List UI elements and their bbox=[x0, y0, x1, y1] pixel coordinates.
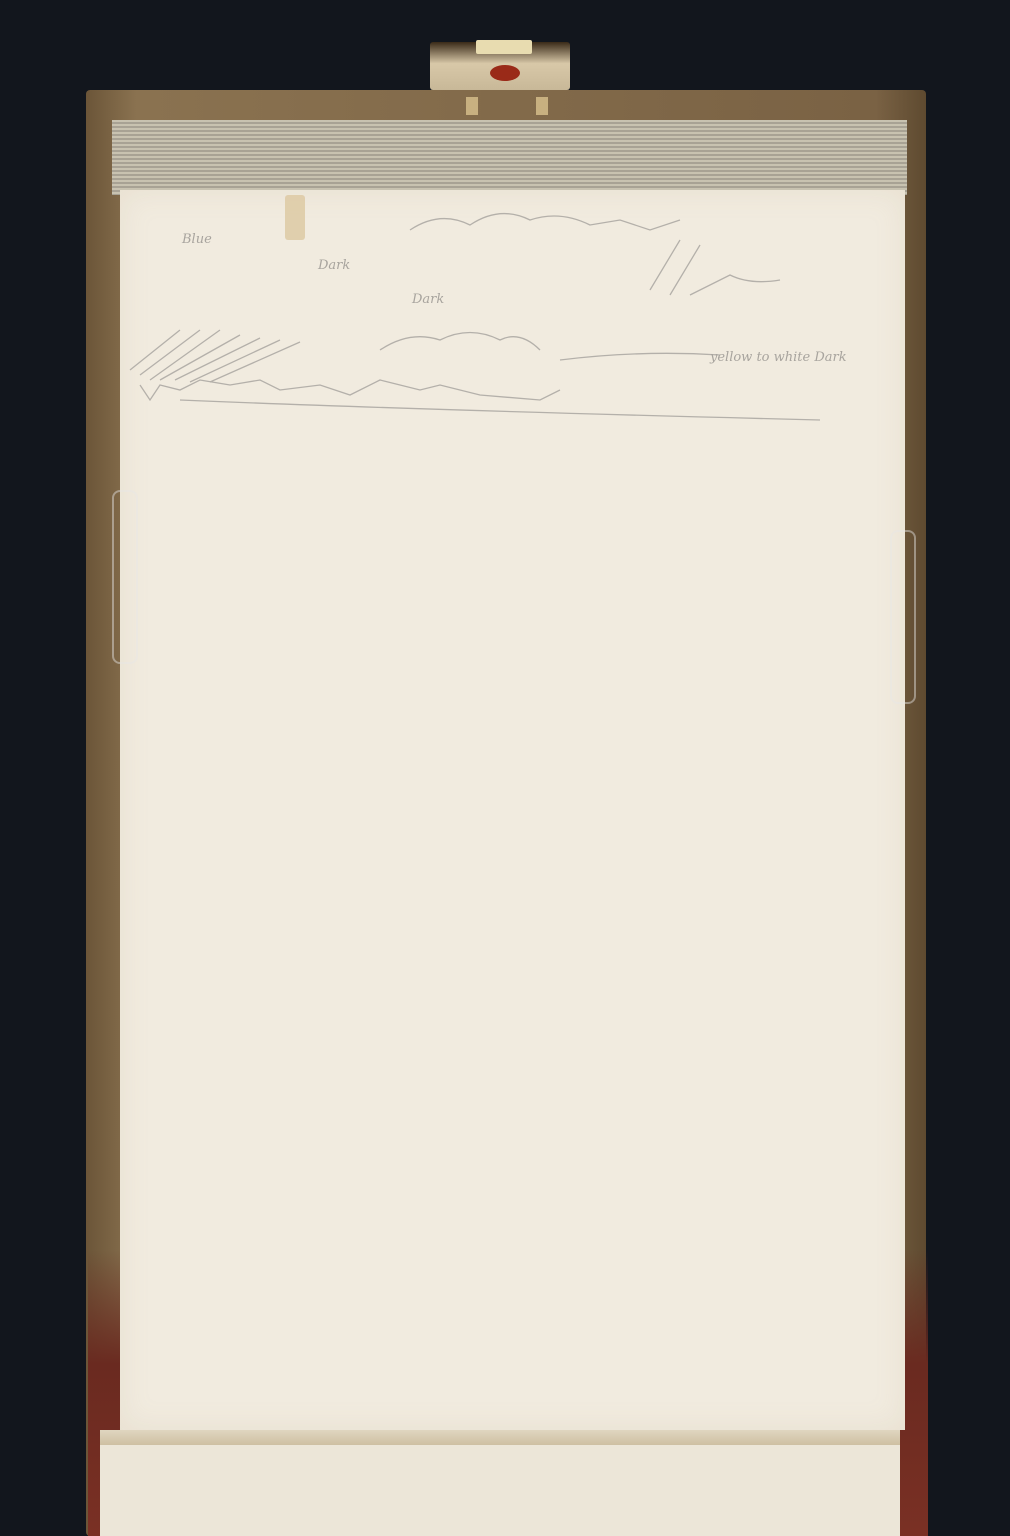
clasp-tab-right bbox=[536, 97, 548, 115]
facing-page bbox=[100, 1445, 900, 1536]
clasp-tab-left bbox=[466, 97, 478, 115]
page-edges bbox=[112, 120, 907, 195]
annotation-dark-1: Dark bbox=[318, 258, 350, 273]
pencil-sketch bbox=[120, 190, 905, 434]
annotation-dark-2: Dark bbox=[412, 292, 444, 307]
annotation-blue: Blue bbox=[182, 232, 212, 247]
clasp-hinge bbox=[476, 40, 532, 54]
clear-holder-right bbox=[890, 530, 916, 704]
red-seal bbox=[490, 65, 520, 81]
clear-holder-left bbox=[112, 490, 138, 664]
annotation-yellow-white: yellow to white Dark bbox=[710, 350, 847, 365]
